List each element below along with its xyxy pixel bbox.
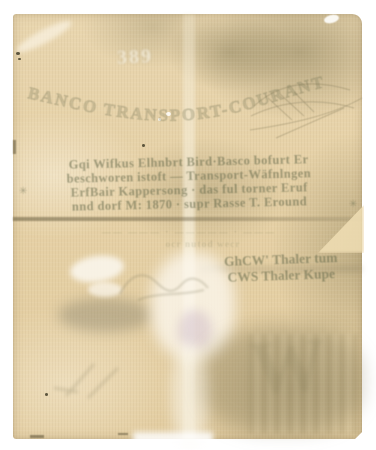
ghost-serial-number: 389	[116, 45, 153, 70]
edge-mark	[30, 435, 44, 438]
light-streak	[14, 16, 75, 57]
white-speck	[323, 13, 339, 24]
denomination-block: GhCW' Thaler tum CWS Thaler Kupe	[204, 249, 357, 286]
white-splotch	[88, 282, 122, 297]
photo-backdrop: 389 BANCO TRANSPORT-COURANT Gqi Wifkus E…	[0, 0, 376, 450]
document-paper: 389 BANCO TRANSPORT-COURANT Gqi Wifkus E…	[13, 14, 362, 439]
faded-row-marks: —— ——— · ————— · ———	[21, 227, 357, 237]
edge-mark	[118, 433, 128, 435]
faded-row-text: ocr nutod wecr	[73, 240, 333, 250]
ink-speck	[18, 58, 21, 60]
margin-star-right: ✳	[349, 199, 357, 210]
flourish-sketch-icon	[248, 68, 368, 148]
edge-mark	[13, 140, 16, 154]
ink-speck	[16, 52, 20, 55]
margin-star-left: ✳	[19, 186, 27, 197]
faint-pen-strokes-icon	[38, 356, 133, 406]
body-text-block: Gqi Wifkus Elhnbrt Bird·Basco bofurt Er …	[20, 151, 357, 215]
horizontal-fold-crease	[13, 217, 362, 221]
worn-bottom-edge	[133, 432, 213, 444]
watermark-letter: W	[247, 321, 329, 413]
white-splotch	[68, 252, 125, 285]
signature-squiggle-icon	[118, 266, 213, 311]
